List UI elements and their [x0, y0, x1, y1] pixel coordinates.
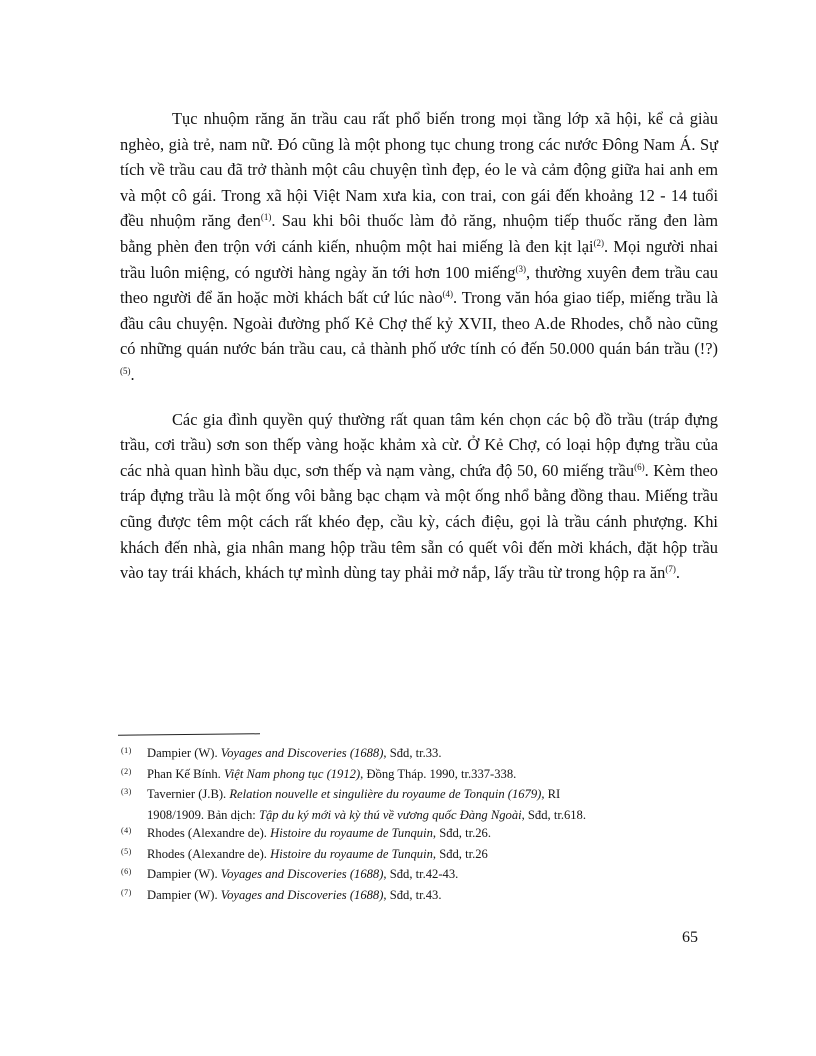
footnote-number: (3) [121, 783, 147, 802]
footnote-text: Rhodes (Alexandre de). Histoire du royau… [147, 845, 721, 864]
footnote-author: Phan Kế Bính. [147, 767, 224, 781]
page-number: 65 [682, 929, 698, 947]
footnote-number: (5) [121, 843, 147, 862]
footnote-rest: , Sđd, tr.33. [383, 746, 441, 760]
footnote-ref-1[interactable]: (1) [261, 212, 272, 222]
footnote-ref-5[interactable]: (5) [120, 366, 131, 376]
footnote-number: (6) [121, 863, 147, 882]
footnote-number: (2) [121, 763, 147, 782]
paragraph-betel-custom: Tục nhuộm răng ăn trầu cau rất phổ biến … [120, 106, 718, 388]
footnote-text: Dampier (W). Voyages and Discoveries (16… [147, 744, 721, 763]
book-page: Tục nhuộm răng ăn trầu cau rất phổ biến … [0, 0, 816, 1056]
footnote-rest: , Sđd, tr.42-43. [383, 867, 458, 881]
footnotes: (1) Dampier (W). Voyages and Discoveries… [121, 744, 721, 906]
text-run: Các gia đình quyền quý thường rất quan t… [120, 410, 718, 480]
footnote-rest: , Đồng Tháp. 1990, tr.337-338. [360, 767, 516, 781]
footnote-ref-7[interactable]: (7) [665, 564, 676, 574]
footnote-3-continuation: 1908/1909. Bản dịch: Tập du ký mới và kỳ… [121, 806, 721, 825]
paragraph-betel-sets: Các gia đình quyền quý thường rất quan t… [120, 407, 718, 586]
footnote-author: Rhodes (Alexandre de). [147, 847, 270, 861]
footnote-translation-title: Tập du ký mới và kỳ thú về vương quốc Đà… [259, 808, 522, 822]
footnote-rest: , Sđd, tr.43. [383, 888, 441, 902]
footnote-number: (7) [121, 884, 147, 903]
footnote-title: Voyages and Discoveries (1688) [221, 888, 384, 902]
footnote-3: (3) Tavernier (J.B). Relation nouvelle e… [121, 785, 721, 806]
footnote-author: Dampier (W). [147, 746, 221, 760]
footnote-title: Voyages and Discoveries (1688) [221, 867, 384, 881]
footnote-title: Voyages and Discoveries (1688) [221, 746, 384, 760]
footnote-rest: , Sđd, tr.618. [522, 808, 586, 822]
footnote-rest: , RI [541, 787, 560, 801]
text-run: . [131, 365, 135, 384]
footnote-title: Histoire du royaume de Tunquin [270, 847, 433, 861]
body-text: Tục nhuộm răng ăn trầu cau rất phổ biến … [120, 106, 718, 586]
footnote-author: Tavernier (J.B). [147, 787, 229, 801]
footnote-1: (1) Dampier (W). Voyages and Discoveries… [121, 744, 721, 765]
footnote-ref-4[interactable]: (4) [443, 289, 454, 299]
footnote-text: Dampier (W). Voyages and Discoveries (16… [147, 886, 721, 905]
footnote-title: Việt Nam phong tục (1912) [224, 767, 360, 781]
footnote-text: Dampier (W). Voyages and Discoveries (16… [147, 865, 721, 884]
footnote-author: Rhodes (Alexandre de). [147, 826, 270, 840]
footnote-2: (2) Phan Kế Bính. Việt Nam phong tục (19… [121, 765, 721, 786]
footnote-number: (1) [121, 742, 147, 761]
footnote-title: Histoire du royaume de Tunquin [270, 826, 433, 840]
footnote-title: Relation nouvelle et singulière du royau… [229, 787, 541, 801]
text-run: . [676, 563, 680, 582]
footnote-5: (5) Rhodes (Alexandre de). Histoire du r… [121, 845, 721, 866]
footnote-author: Dampier (W). [147, 888, 221, 902]
footnote-text: Tavernier (J.B). Relation nouvelle et si… [147, 785, 721, 804]
footnote-text: Rhodes (Alexandre de). Histoire du royau… [147, 824, 721, 843]
footnote-ref-2[interactable]: (2) [594, 238, 605, 248]
footnote-translation-prefix: 1908/1909. Bản dịch: [147, 808, 259, 822]
footnote-number: (4) [121, 822, 147, 841]
footnote-4: (4) Rhodes (Alexandre de). Histoire du r… [121, 824, 721, 845]
footnote-text: Phan Kế Bính. Việt Nam phong tục (1912),… [147, 765, 721, 784]
footnote-ref-3[interactable]: (3) [516, 264, 527, 274]
footnote-separator [118, 733, 260, 735]
footnote-rest: , Sđd, tr.26. [433, 826, 491, 840]
footnote-rest: , Sđd, tr.26 [433, 847, 488, 861]
footnote-ref-6[interactable]: (6) [634, 462, 645, 472]
footnote-7: (7) Dampier (W). Voyages and Discoveries… [121, 886, 721, 907]
footnote-author: Dampier (W). [147, 867, 221, 881]
footnote-6: (6) Dampier (W). Voyages and Discoveries… [121, 865, 721, 886]
